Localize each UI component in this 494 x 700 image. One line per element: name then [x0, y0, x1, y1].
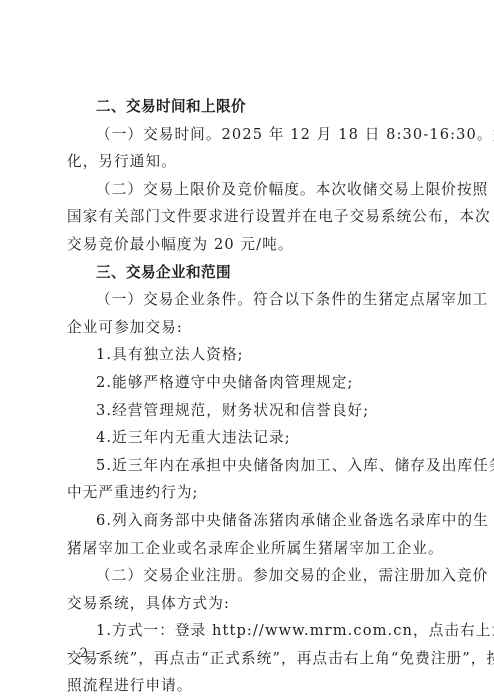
paragraph-line: （二）交易企业注册。参加交易的企业，需注册加入竞价 [67, 562, 429, 590]
paragraph-line: （一）交易企业条件。符合以下条件的生猪定点屠宰加工 [67, 286, 429, 314]
paragraph-line: 交易系统，具体方式为: [67, 590, 429, 618]
page-number: - 2 - [67, 646, 102, 661]
section-heading-trading-time: 二、交易时间和上限价 [67, 93, 429, 121]
section-heading-enterprises: 三、交易企业和范围 [67, 259, 429, 287]
paragraph-line: （一）交易时间。2025 年 12 月 18 日 8:30-16:30。如有变 [67, 121, 429, 149]
list-item-continuation: 猪屠宰加工企业或名录库企业所属生猪屠宰加工企业。 [67, 535, 429, 563]
list-item-continuation: 交易系统”，再点击“正式系统”，再点击右上角“免费注册”，按 [67, 645, 429, 673]
paragraph-line: 化，另行通知。 [67, 148, 429, 176]
list-item: 1.具有独立法人资格; [67, 341, 429, 369]
list-item: 4.近三年内无重大违法记录; [67, 424, 429, 452]
list-item: 2.能够严格遵守中央储备肉管理规定; [67, 369, 429, 397]
paragraph-line: 国家有关部门文件要求进行设置并在电子交易系统公布，本次 [67, 203, 429, 231]
document-page: 二、交易时间和上限价 （一）交易时间。2025 年 12 月 18 日 8:30… [67, 93, 429, 700]
list-item: 6.列入商务部中央储备冻猪肉承储企业备选名录库中的生 [67, 507, 429, 535]
list-item: 5.近三年内在承担中央储备肉加工、入库、储存及出库任务 [67, 452, 429, 480]
paragraph-line: 交易竞价最小幅度为 20 元/吨。 [67, 231, 429, 259]
list-item-continuation: 照流程进行申请。 [67, 672, 429, 700]
list-item-continuation: 中无严重违约行为; [67, 479, 429, 507]
list-item: 1.方式一：登录 http://www.mrm.com.cn，点击右上角“竞价 [67, 617, 429, 645]
list-item: 3.经营管理规范，财务状况和信誉良好; [67, 397, 429, 425]
paragraph-line: 企业可参加交易: [67, 314, 429, 342]
paragraph-line: （二）交易上限价及竞价幅度。本次收储交易上限价按照 [67, 176, 429, 204]
